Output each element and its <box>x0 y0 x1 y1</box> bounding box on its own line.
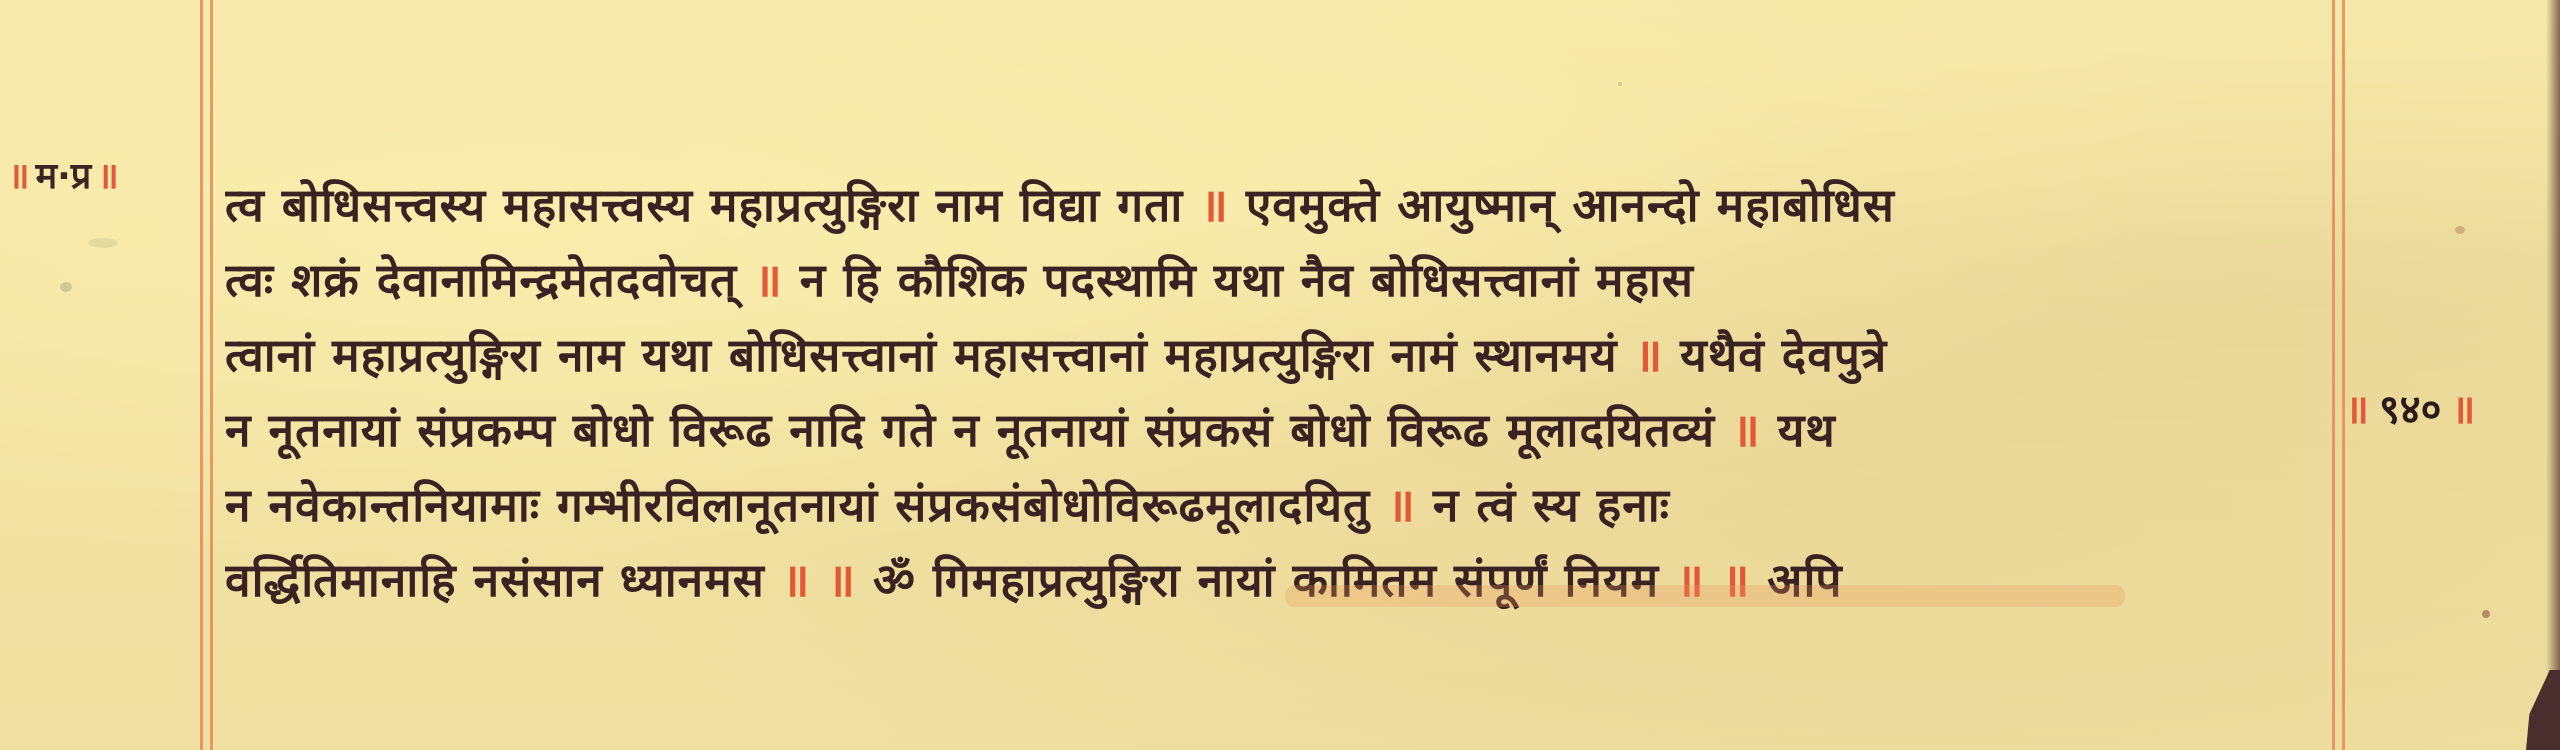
text-segment: एवमुक्ते आयुष्मान् आनन्दो महाबोधिस <box>1229 178 1895 232</box>
text-line-6: वर्द्धितिमानाहि नसंसान ध्यानमस ॥ ॥ ॐ गिम… <box>225 543 2345 618</box>
red-danda: ॥ <box>1387 478 1416 532</box>
red-danda: ॥ <box>1732 403 1761 457</box>
text-segment: यथैवं देवपुत्रे <box>1663 328 1887 382</box>
red-danda: ॥ <box>2345 380 2369 435</box>
red-danda: ॥ <box>8 150 30 199</box>
folio-number: ९४० <box>2379 380 2441 435</box>
text-segment: त्वः शक्रं देवानामिन्द्रमेतदवोचत् <box>225 253 754 307</box>
paper-speck <box>60 282 72 292</box>
torn-corner <box>2526 670 2560 750</box>
red-danda: ॥ <box>1200 178 1229 232</box>
paper-speck <box>88 238 118 248</box>
text-line-5: न नवेकान्तनियामाः गम्भीरविलानूतनायां संप… <box>225 468 2345 543</box>
leaf-edge-shadow <box>2546 0 2560 750</box>
text-segment: न त्वं स्य हनाः <box>1416 478 1670 532</box>
text-segment: न नूतनायां संप्रकम्प बोधो विरूढ नादि गते… <box>225 403 1732 457</box>
left-margin-title-abbrev: ॥ म·प्र ॥ <box>8 150 119 199</box>
red-danda: ॥ <box>97 150 119 199</box>
text-segment: वर्द्धितिमानाहि नसंसान ध्यानमस <box>225 553 782 607</box>
manuscript-text-block: त्व बोधिसत्त्वस्य महासत्त्वस्य महाप्रत्य… <box>225 168 2345 618</box>
right-margin-folio-number: ॥ ९४० ॥ <box>2345 380 2475 435</box>
red-danda: ॥ ॥ <box>782 553 856 607</box>
text-segment: न हि कौशिक पदस्थामि यथा नैव बोधिसत्त्वान… <box>783 253 1694 307</box>
text-line-4: न नूतनायां संप्रकम्प बोधो विरूढ नादि गते… <box>225 393 2345 468</box>
text-segment: त्व बोधिसत्त्वस्य महासत्त्वस्य महाप्रत्य… <box>225 178 1200 232</box>
text-line-2: त्वः शक्रं देवानामिन्द्रमेतदवोचत् ॥ न हि… <box>225 243 2345 318</box>
red-danda: ॥ <box>2451 380 2475 435</box>
left-ruling-line-outer <box>200 0 203 750</box>
red-danda: ॥ <box>754 253 783 307</box>
paper-speck <box>1618 82 1622 86</box>
orange-highlight-band <box>1285 585 2125 607</box>
text-segment: यथ <box>1761 403 1836 457</box>
text-segment: न नवेकान्तनियामाः गम्भीरविलानूतनायां संप… <box>225 478 1387 532</box>
text-line-3: त्वानां महाप्रत्युङ्गिरा नाम यथा बोधिसत्… <box>225 318 2345 393</box>
paper-speck <box>2455 226 2465 234</box>
text-segment: त्वानां महाप्रत्युङ्गिरा नाम यथा बोधिसत्… <box>225 328 1635 382</box>
manuscript-folio: ॥ म·प्र ॥ ॥ ९४० ॥ त्व बोधिसत्त्वस्य महास… <box>0 0 2560 750</box>
paper-speck <box>2482 610 2490 618</box>
left-ruling-line-inner <box>210 0 213 750</box>
text-line-1: त्व बोधिसत्त्वस्य महासत्त्वस्य महाप्रत्य… <box>225 168 2345 243</box>
margin-title: म·प्र <box>36 150 92 199</box>
red-danda: ॥ <box>1635 328 1664 382</box>
